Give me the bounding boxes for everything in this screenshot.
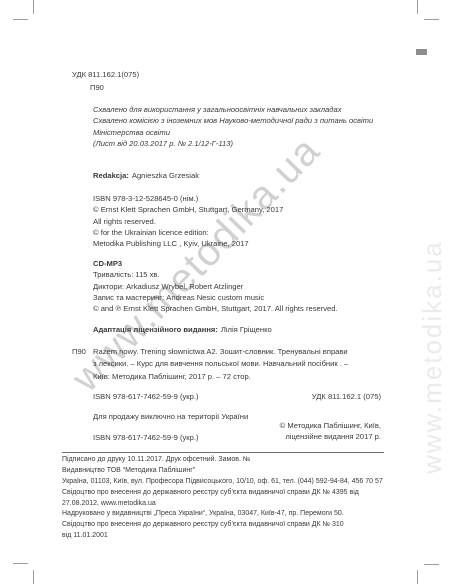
printer-imprint-block: Надруковано у видавництві „Преса України… [62,509,344,542]
watermark-vertical-right: www.metodika.ua [417,138,448,474]
editor-line: Redakcja:Agnieszka Grzesiak [93,170,199,181]
publisher-imprint-block: Підписано до друку 10.11.2017. Друк офсе… [62,455,383,510]
german-edition-block: ISBN 978-3-12-528645-0 (нім.) © Ernst Kl… [93,193,283,249]
printer-registry-line: Свідоцтво про внесення до державного реє… [62,520,344,531]
sale-restriction-note: Для продажу виключно на території Україн… [93,411,248,422]
publisher-name-line: Видавництво ТОВ “Методика Паблішинг” [62,466,383,477]
crop-mark-top-right-vertical [417,0,418,14]
printer-registry-date-line: від 11.01.2001 [62,531,344,542]
isbn-ukrainian-1: ISBN 978-617-7462-59-9 (укр.) [93,391,198,402]
crop-mark-top-right-horizontal [424,19,439,20]
crop-mark-bottom-right-horizontal [424,564,439,565]
crop-mark-top-left-horizontal [13,19,28,20]
cd-speakers: Диктори: Arkadiusz Wrybel, Robert Atzlin… [93,281,338,292]
approval-line-3: Міністерства освіти [93,127,373,138]
book-imprint-page: www.metodika.ua www.metodika.ua УДК 811.… [0,0,452,584]
cd-block: CD-MP3 Тривалість: 115 хв. Диктори: Arka… [93,258,338,314]
licence-copyright-line-2: ліцензійне видання 2017 р. [280,432,381,443]
editor-name: Agnieszka Grzesiak [132,171,199,180]
signature-mark [416,49,427,55]
catalog-code: П90 [72,346,86,357]
approval-line-2: Схвалено комісією з іноземних мов Науков… [93,115,373,126]
crop-mark-top-left-vertical [33,0,34,14]
rights-reserved: All rights reserved. [93,216,283,227]
approval-block: Схвалено для використання у загальноосві… [93,104,373,149]
printer-name-line: Надруковано у видавництві „Преса України… [62,509,344,520]
catalog-line-2: з лексики. – Курс для вивчення польської… [93,358,348,370]
editor-label: Redakcja: [93,171,129,180]
licence-copyright-block: © Методика Паблішинг, Київ, ліцензійне в… [280,421,381,443]
adaptation-name: Лілія Гріщенко [221,325,272,334]
isbn-ukrainian-2: ISBN 978-617-7462-59-9 (укр.) [93,432,198,443]
adaptation-line: Адаптація ліцензійного видання:Лілія Грі… [93,324,272,335]
author-sign-code: П90 [90,82,104,93]
crop-mark-bottom-left-vertical [33,570,34,584]
cd-title: CD-MP3 [93,258,335,269]
approval-line-4: (Лист від 20.03.2017 р. № 2.1/12-Г-113) [93,138,373,149]
divider-rule [62,452,384,453]
cd-copyright: © and ℗ Ernst Klett Sprachen GmbH, Stutt… [93,303,338,314]
udk-code: УДК 811.162.1(075) [72,69,139,80]
licence-copyright-line-1: © Методика Паблішинг, Київ, [280,421,381,432]
crop-mark-bottom-right-vertical [417,570,418,584]
isbn-german: ISBN 978-3-12-528645-0 (нім.) [93,193,283,204]
publisher-registry-line: Свідоцтво про внесення до державного реє… [62,488,383,499]
catalog-entry: Razem nowy. Trening słownictwa A2. Зошит… [93,346,348,383]
catalog-line-3: Київ: Методика Паблішинг, 2017 р. – 72 с… [93,371,348,383]
cd-duration: Тривалість: 115 хв. [93,269,338,280]
metodika-publishing-line: Metodika Publishing LLC , Kyiv, Ukraine,… [93,238,283,249]
print-run-line: Підписано до друку 10.11.2017. Друк офсе… [62,455,383,466]
copyright-klett: © Ernst Klett Sprachen GmbH, Stuttgart, … [93,204,283,215]
publisher-registry-date-line: 27.08.2012, www.metodika.ua [62,499,383,510]
adaptation-label: Адаптація ліцензійного видання: [93,325,218,334]
publisher-address-line: Україна, 01103, Київ, вул. Професора Під… [62,477,383,488]
crop-mark-bottom-left-horizontal [13,563,28,564]
ukrainian-licence-note: © for the Ukrainian licence edition: [93,227,283,238]
udk-code-bottom: УДК 811.162.1 (075) [312,391,381,402]
approval-line-1: Схвалено для використання у загальноосві… [93,104,373,115]
catalog-line-1: Razem nowy. Trening słownictwa A2. Зошит… [93,346,348,358]
cd-mastering: Запис та мастеринг: Andreas Nesic custom… [93,292,338,303]
